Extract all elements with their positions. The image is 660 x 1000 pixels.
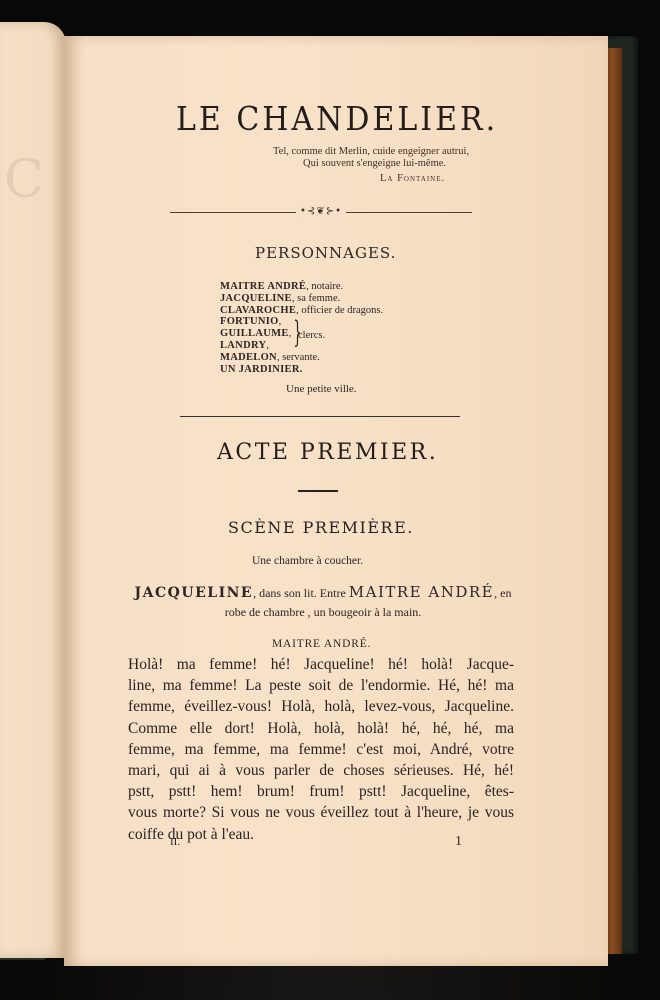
- cast-role: , servante.: [277, 352, 320, 363]
- scene-location: Une chambre à coucher.: [252, 555, 363, 567]
- setting-text: Une petite ville.: [286, 383, 357, 395]
- speech-line: line, ma femme! La peste soit de l'endor…: [128, 675, 514, 696]
- cast-role: , sa femme.: [292, 293, 340, 304]
- cast-item: JACQUELINE, sa femme.: [220, 293, 383, 305]
- speech-line: femme, éveillez-vous! Holà, holà, levez-…: [128, 696, 514, 717]
- speech-line: pstt, pstt! hem! brum! frum! pstt! Jacqu…: [128, 781, 514, 802]
- page-number: 1: [455, 834, 462, 850]
- speech-line: Holà! ma femme! hé! Jacqueline! hé! holà…: [128, 654, 514, 675]
- short-rule: [298, 490, 338, 492]
- fleuron-ornament-icon: •⊰❦⊱•: [296, 205, 346, 219]
- speech-line: vous morte? Si vous ne vous éveillez tou…: [128, 802, 514, 823]
- cast-role: , notaire.: [306, 281, 343, 292]
- cast-name: MAITRE ANDRÉ: [220, 281, 306, 292]
- speaker-name: MAITRE ANDRÉ.: [272, 638, 371, 650]
- epigraph-line-1: Tel, comme dit Merlin, cuide engeigner a…: [273, 146, 469, 157]
- signature-mark: II.: [170, 836, 180, 848]
- epigraph-line-2: Qui souvent s'engeigne lui-même.: [303, 158, 446, 169]
- brace-label: clercs.: [298, 330, 325, 341]
- cast-name: GUILLAUME: [220, 328, 289, 339]
- stage-direction: JACQUELINE, dans son lit. Entre MAITRE A…: [128, 583, 518, 622]
- character-maitre-andre: MAITRE ANDRÉ: [349, 583, 494, 601]
- stage-direction-text: , en: [494, 586, 511, 600]
- cast-role: ,: [289, 328, 292, 339]
- cast-role: , officier de dragons.: [296, 305, 383, 316]
- stage-direction-text: , dans son lit. Entre: [253, 586, 349, 600]
- act-heading: ACTE PREMIER.: [217, 440, 438, 465]
- play-title: LE CHANDELIER.: [176, 101, 466, 139]
- cast-item: UN JARDINIER.: [220, 364, 383, 376]
- section-rule: [180, 416, 460, 417]
- cast-role: ,: [279, 316, 282, 327]
- cast-name: UN JARDINIER.: [220, 364, 303, 375]
- stage-direction-line-2: robe de chambre , un bougeoir à la main.: [128, 603, 518, 622]
- speech-line: femme, ma femme, ma femme! c'est moi, An…: [128, 739, 514, 760]
- cast-item: MADELON, servante.: [220, 352, 383, 364]
- cast-name: CLAVAROCHE: [220, 305, 296, 316]
- stage-direction-line-1: JACQUELINE, dans son lit. Entre MAITRE A…: [128, 583, 518, 603]
- speech-paragraph: Holà! ma femme! hé! Jacqueline! hé! holà…: [128, 654, 514, 845]
- cast-item: MAITRE ANDRÉ, notaire.: [220, 281, 383, 293]
- cast-name: FORTUNIO: [220, 316, 279, 327]
- scene-heading: SCÈNE PREMIÈRE.: [228, 518, 414, 537]
- cast-role: ,: [266, 340, 269, 351]
- personnages-heading: PERSONNAGES.: [255, 244, 396, 262]
- cast-name: JACQUELINE: [220, 293, 292, 304]
- character-jacqueline: JACQUELINE: [135, 585, 254, 601]
- cast-name: LANDRY: [220, 340, 266, 351]
- cast-name: MADELON: [220, 352, 277, 363]
- speech-line: Comme elle dort! Holà, holà, holà! hé, h…: [128, 718, 514, 739]
- speech-line: mari, qui ai à vous parler de choses sér…: [128, 760, 514, 781]
- page-content: LE CHANDELIER. Tel, comme dit Merlin, cu…: [0, 0, 660, 1000]
- epigraph-author: La Fontaine.: [380, 173, 445, 184]
